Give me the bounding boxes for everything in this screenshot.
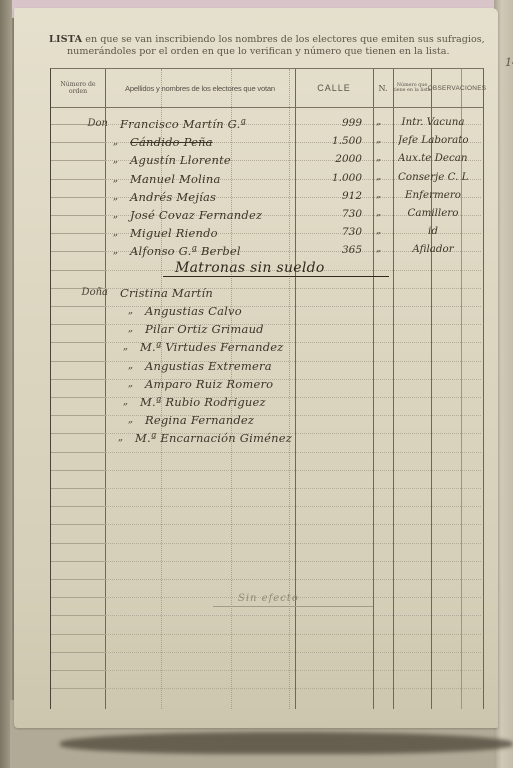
ditto-mark: „ [376, 225, 381, 236]
entry-row: „José Covaz Fernandez [130, 204, 262, 222]
entry-prefix: „ [93, 305, 133, 316]
ditto-mark: „ [376, 207, 381, 218]
calle-value: 912 [298, 190, 362, 202]
ruled-line [51, 543, 105, 544]
faint-annotation: Sin efecto [238, 593, 299, 604]
entry-row: „Cándido Peña [130, 131, 213, 149]
entry-row: „M.ª Virtudes Fernandez [140, 336, 284, 354]
entry-row: „M.ª Encarnación Giménez [135, 427, 292, 445]
ditto-mark: „ [376, 243, 381, 254]
header-names: Apellidos y nombres de los electores que… [105, 71, 295, 105]
section-underline [163, 276, 389, 277]
calle-value: 1.500 [298, 135, 362, 147]
header-numero-orden: Número de orden [51, 71, 105, 105]
calle-value: 730 [298, 208, 362, 220]
calle-value: 365 [298, 244, 362, 256]
calle-value: 1.000 [298, 172, 362, 184]
ruled-line [51, 270, 105, 271]
observacion: Jefe Laboratorio [398, 134, 468, 146]
entry-prefix: „ [93, 378, 133, 389]
entry-row: „Alfonso G.ª Berbel [130, 240, 241, 258]
entry-row: „Agustín Llorente [130, 149, 231, 167]
ruled-line [105, 634, 481, 635]
ruled-line [51, 579, 105, 580]
entry-row: DoñaCristina Martín [120, 282, 213, 300]
entry-prefix: Don [68, 118, 108, 129]
elector-name: José Covaz Fernandez [130, 208, 262, 222]
elector-name: M.ª Rubio Rodriguez [140, 395, 266, 409]
ruled-line [51, 615, 105, 616]
ruled-line [51, 652, 105, 653]
ruled-line [51, 470, 105, 471]
header-n: N. [373, 71, 393, 105]
entry-prefix: „ [78, 136, 118, 147]
page-number-mark: 14 [505, 56, 513, 69]
entry-prefix: „ [78, 209, 118, 220]
header-observaciones: OBSERVACIONES [431, 71, 483, 105]
column-divider [105, 69, 106, 709]
calle-value: 999 [298, 117, 362, 129]
calle-value: 2000 [298, 153, 362, 165]
ruled-line [51, 452, 105, 453]
entry-row: „Andrés Mejías [130, 186, 216, 204]
elector-name: Cándido Peña [130, 135, 213, 149]
ruled-line [51, 506, 105, 507]
ruled-line [51, 634, 105, 635]
ruled-line [105, 506, 481, 507]
entry-prefix: „ [83, 432, 123, 443]
ruled-line [105, 688, 481, 689]
ruled-line [51, 670, 105, 671]
ruled-line [51, 688, 105, 689]
header-line-2: numerándoles por el orden en que lo veri… [49, 46, 489, 58]
observacion: id [398, 225, 468, 237]
elector-name: Regina Fernandez [145, 413, 254, 427]
page-header: LISTA en que se van inscribiendo los nom… [49, 34, 489, 58]
entry-row: „Pilar Ortiz Grimaud [145, 318, 264, 336]
entry-prefix: Doña [58, 287, 108, 298]
column-divider [431, 69, 432, 709]
entry-row: „Angustias Calvo [145, 300, 242, 318]
observacion: Enfermero [398, 189, 468, 201]
elector-name: Pilar Ortiz Grimaud [145, 322, 264, 336]
page-curl-shadow [60, 732, 513, 754]
column-divider [373, 69, 374, 709]
ruled-line [51, 561, 105, 562]
column-divider [295, 69, 296, 709]
section-title: Matronas sin sueldo [175, 260, 325, 276]
elector-name: M.ª Virtudes Fernandez [140, 340, 284, 354]
ruled-line [105, 652, 481, 653]
entry-row: „Angustias Extremera [145, 355, 272, 373]
ruled-line [105, 561, 481, 562]
ruled-line [105, 670, 481, 671]
elector-name: Angustias Extremera [145, 359, 272, 373]
ditto-mark: „ [376, 116, 381, 127]
ruled-line [105, 452, 481, 453]
book-left-edge [0, 0, 12, 768]
ruled-line [51, 597, 105, 598]
elector-name: Agustín Llorente [130, 153, 231, 167]
ditto-mark: „ [376, 171, 381, 182]
column-guide [289, 69, 290, 709]
entry-row: „Miguel Riendo [130, 222, 218, 240]
elector-name: Alfonso G.ª Berbel [130, 244, 241, 258]
entry-row: DonFrancisco Martín G.ª [120, 113, 246, 131]
entry-row: „Amparo Ruiz Romero [145, 373, 273, 391]
entry-prefix: „ [78, 245, 118, 256]
faint-annotation-underline [213, 606, 373, 607]
elector-name: Francisco Martín G.ª [120, 117, 246, 131]
observacion: Afilador [398, 243, 468, 255]
observacion: Conserje C. Locos [398, 171, 468, 183]
entry-prefix: „ [88, 396, 128, 407]
observacion: Intr. Vacuna [398, 116, 468, 128]
ruled-line [105, 615, 481, 616]
entry-prefix: „ [93, 360, 133, 371]
header-numero-lista: Número que tiene en la lista [393, 71, 431, 105]
column-guide [461, 69, 462, 709]
entry-prefix: „ [93, 414, 133, 425]
calle-value: 730 [298, 226, 362, 238]
header-line-1: en que se van inscribiendo los nombres d… [82, 34, 485, 45]
elector-name: Manuel Molina [130, 172, 221, 186]
ruled-line [105, 543, 481, 544]
ruled-line [105, 524, 481, 525]
column-divider [393, 69, 394, 709]
header-rule [51, 107, 483, 108]
elector-name: M.ª Encarnación Giménez [135, 431, 292, 445]
elector-name: Miguel Riendo [130, 226, 218, 240]
entry-prefix: „ [78, 173, 118, 184]
ditto-mark: „ [376, 189, 381, 200]
entry-row: „Regina Fernandez [145, 409, 254, 427]
entry-prefix: „ [78, 154, 118, 165]
ruled-line [51, 488, 105, 489]
entry-prefix: „ [88, 341, 128, 352]
entry-prefix: „ [78, 227, 118, 238]
elector-name: Angustias Calvo [145, 304, 242, 318]
entry-row: „M.ª Rubio Rodriguez [140, 391, 266, 409]
header-calle: CALLE [295, 71, 373, 105]
header-lead: LISTA [49, 34, 82, 45]
ditto-mark: „ [376, 134, 381, 145]
ruled-line [105, 470, 481, 471]
elector-name: Andrés Mejías [130, 190, 216, 204]
entry-prefix: „ [93, 323, 133, 334]
ruled-line [51, 524, 105, 525]
observacion: Camillero [398, 207, 468, 219]
ruled-line [105, 579, 481, 580]
elector-name: Amparo Ruiz Romero [145, 377, 273, 391]
ditto-mark: „ [376, 152, 381, 163]
observacion: Aux.te Decanato [398, 152, 468, 164]
entry-row: „Manuel Molina [130, 168, 221, 186]
entry-prefix: „ [78, 191, 118, 202]
ruled-line [105, 488, 481, 489]
elector-name: Cristina Martín [120, 286, 213, 300]
